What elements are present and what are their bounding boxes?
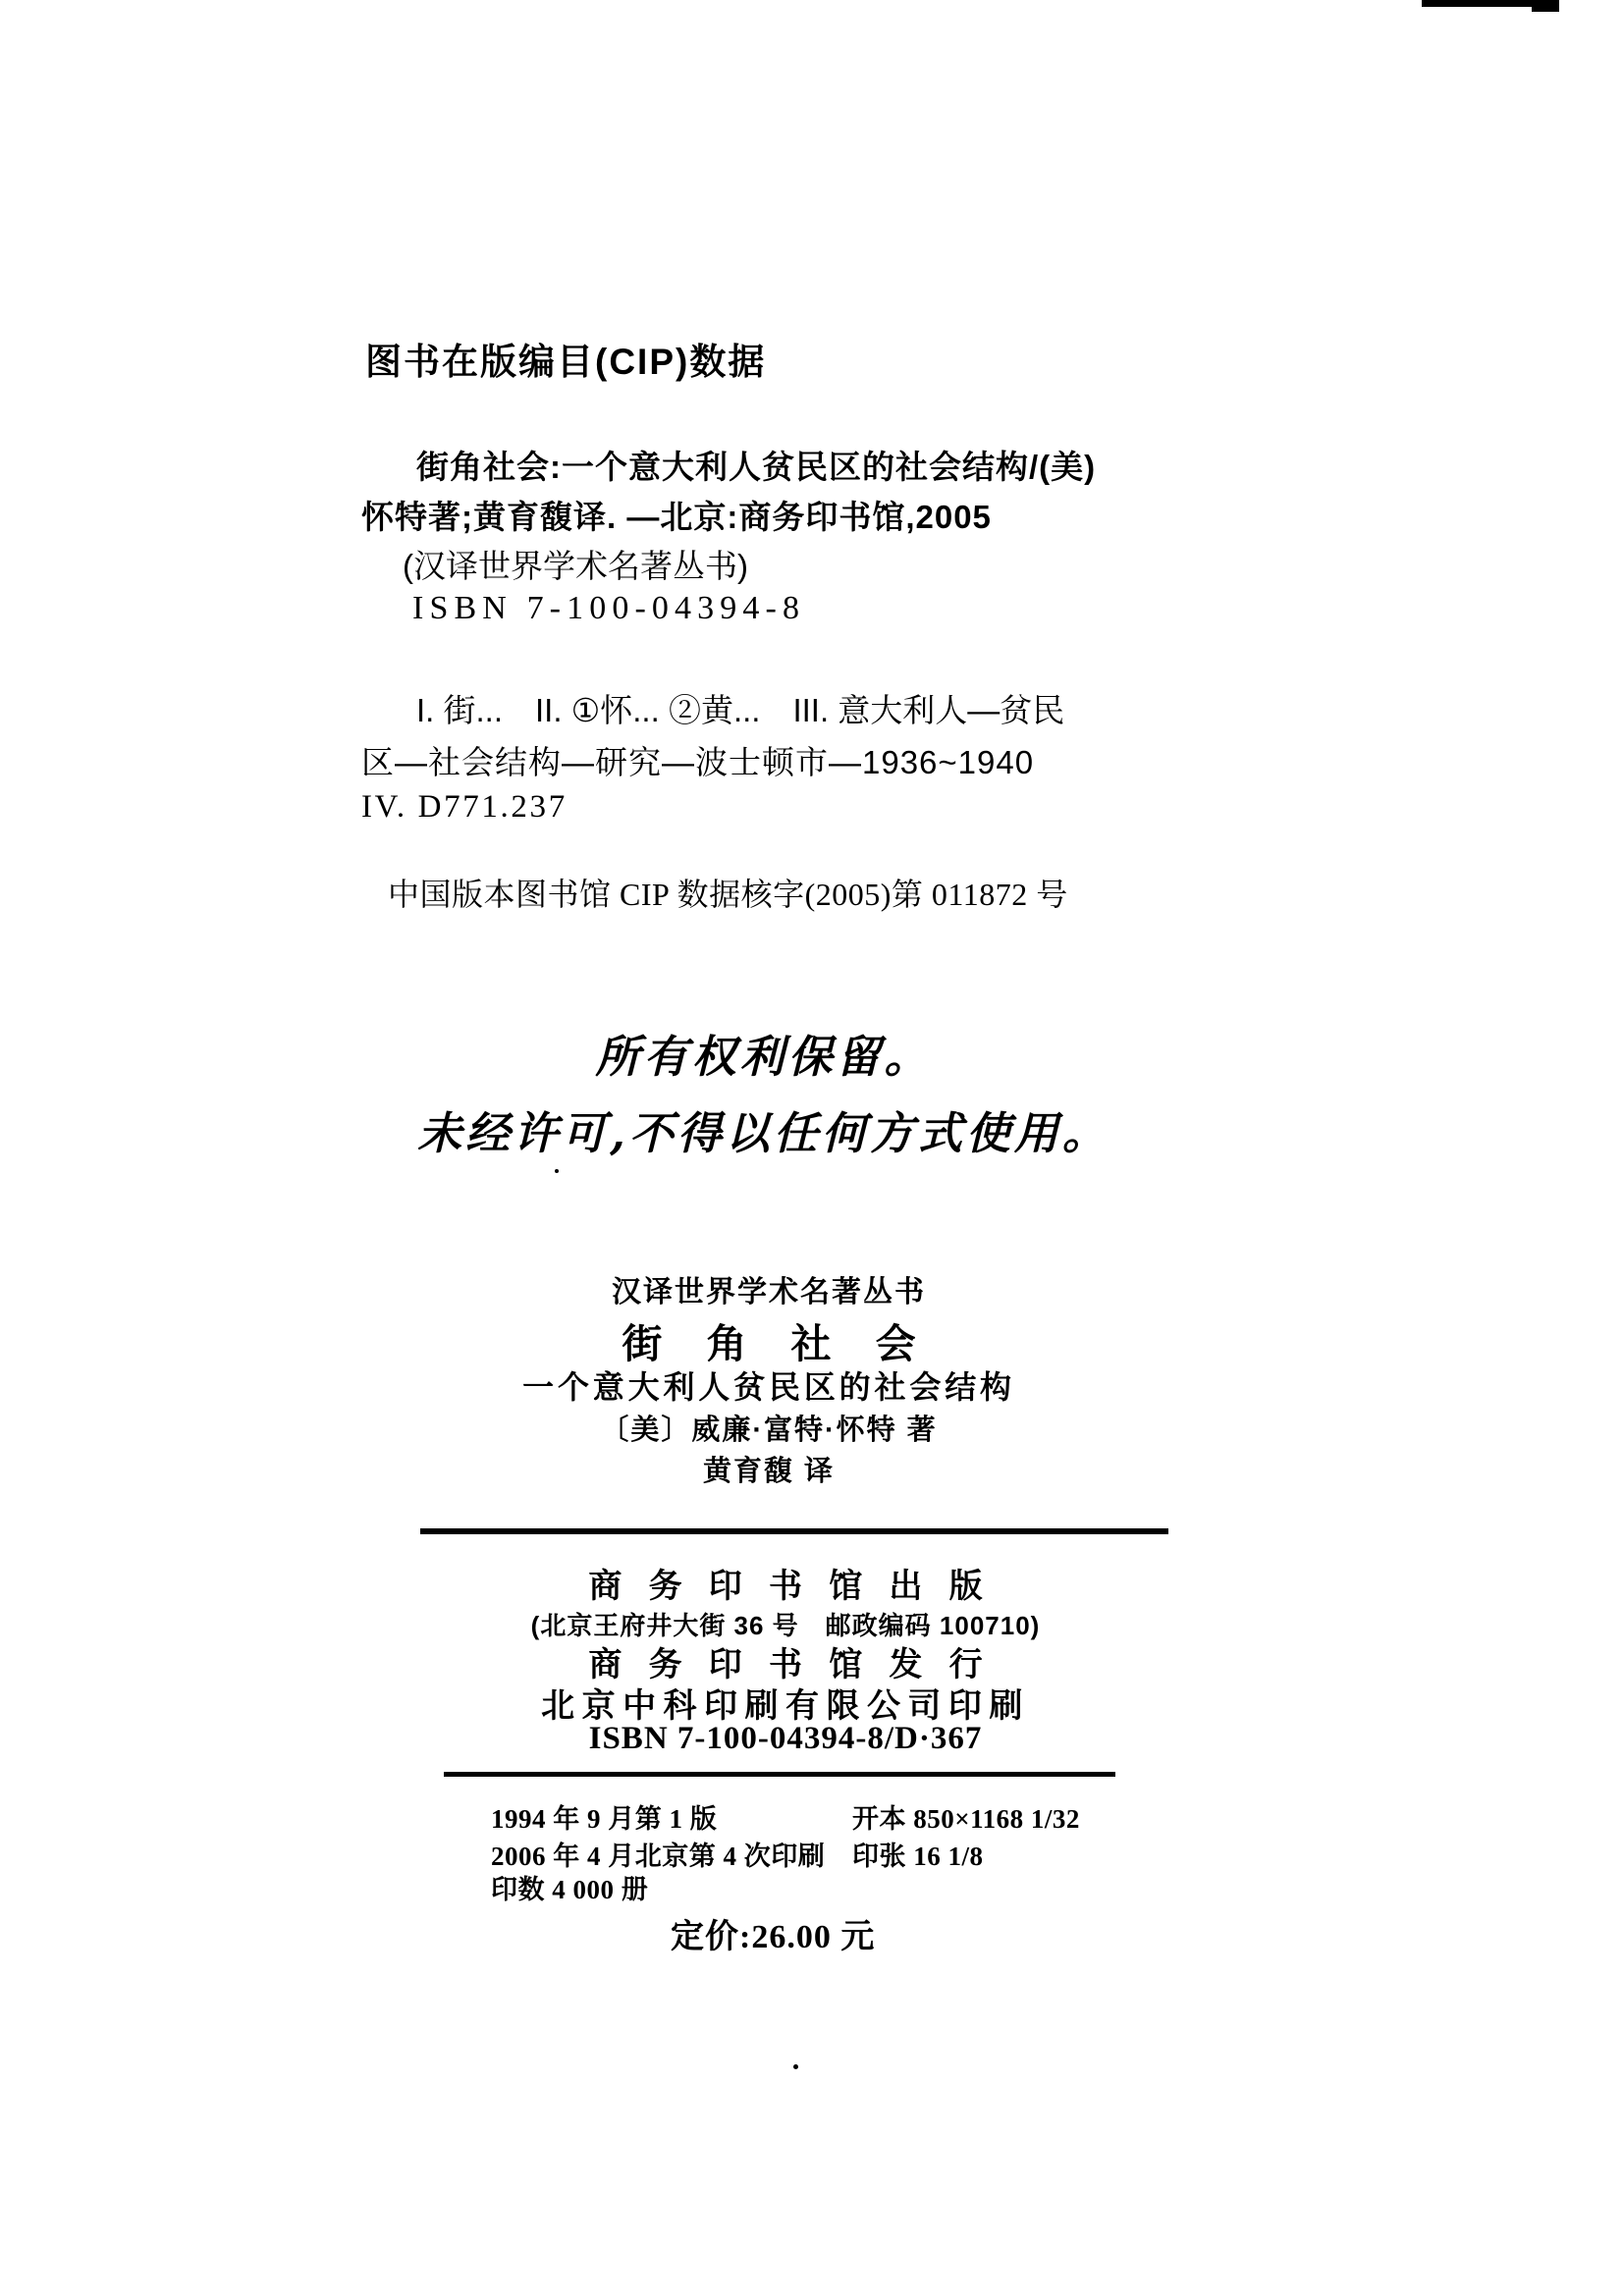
cip-record-line: 街角社会:一个意大利人贫民区的社会结构/(美): [416, 442, 1096, 488]
ink-speck: [555, 1169, 559, 1173]
printer-line: 北京中科印刷有限公司印刷: [388, 1679, 1183, 1727]
rights-notice: 所有权利保留。 未经许可,不得以任何方式使用。: [366, 1021, 1162, 1188]
edition-line: 1994 年 9 月第 1 版: [491, 1797, 717, 1836]
rights-line: 所有权利保留。: [366, 1021, 1162, 1085]
publisher-block: 商务印书馆出版 (北京王府井大街 36 号 邮政编码 100710) 商务印书馆…: [388, 1559, 1183, 1765]
rights-line: 未经许可,不得以任何方式使用。: [366, 1097, 1162, 1161]
series-name: 汉译世界学术名著丛书: [371, 1267, 1166, 1310]
cip-record-line: 怀特著;黄育馥译. —北京:商务印书馆,2005: [361, 492, 992, 538]
print-run-line: 印数 4 000 册: [491, 1868, 648, 1906]
divider-rule: [444, 1772, 1115, 1777]
cip-series-note: (汉译世界学术名著丛书): [403, 541, 748, 587]
cip-classification-line: IV. D771.237: [361, 789, 568, 826]
isbn-code-line: ISBN 7-100-04394-8/D·367: [388, 1721, 1183, 1757]
book-copyright-page: 图书在版编目(CIP)数据 街角社会:一个意大利人贫民区的社会结构/(美) 怀特…: [0, 0, 1623, 2296]
cip-registry-number: 中国版本图书馆 CIP 数据核字(2005)第 011872 号: [388, 870, 1068, 915]
ink-speck: [793, 2064, 798, 2069]
scan-edge-mark-cap: [1532, 0, 1559, 12]
sheets-line: 印张 16 1/8: [852, 1835, 984, 1873]
price-line: 定价:26.00 元: [671, 1909, 875, 1957]
cip-header: 图书在版编目(CIP)数据: [365, 332, 766, 385]
cip-isbn: ISBN 7-100-04394-8: [412, 590, 805, 627]
author-line: 〔美〕威廉·富特·怀特 著: [371, 1408, 1166, 1448]
translator-line: 黄育馥 译: [371, 1449, 1166, 1489]
cip-classification-line: I. 街... II. ①怀... ②黄... III. 意大利人—贫民: [416, 685, 1064, 731]
publisher-publish-line: 商务印书馆出版: [388, 1559, 1183, 1607]
title-block: 汉译世界学术名著丛书 街角社会 一个意大利人贫民区的社会结构 〔美〕威廉·富特·…: [371, 1267, 1166, 1493]
book-title: 街角社会: [371, 1311, 1166, 1369]
format-line: 开本 850×1168 1/32: [852, 1797, 1080, 1836]
divider-rule: [420, 1528, 1168, 1534]
book-subtitle: 一个意大利人贫民区的社会结构: [371, 1362, 1166, 1408]
cip-classification-line: 区—社会结构—研究—波士顿市—1936~1940: [361, 737, 1034, 783]
